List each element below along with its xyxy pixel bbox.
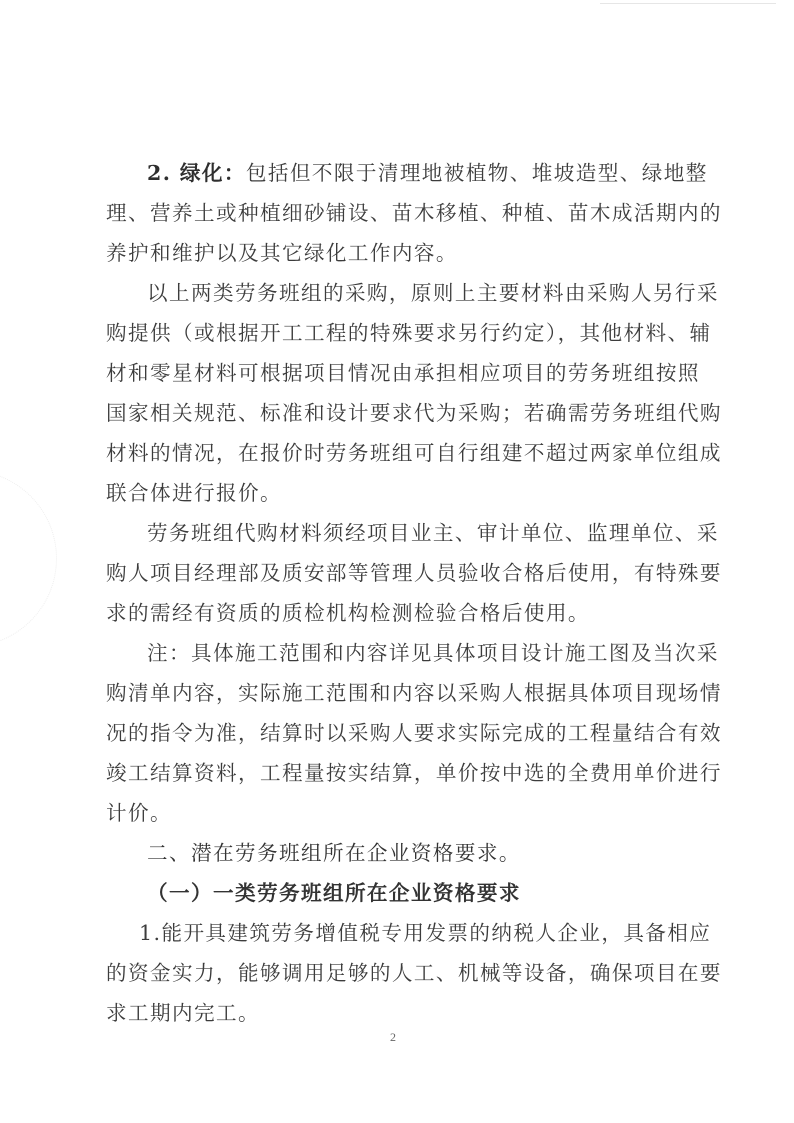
scan-edge-mark [600,3,776,4]
text-line: 购清单内容，实际施工范围和内容以采购人根据具体项目现场情 [106,673,698,713]
paragraph-procurement: 以上两类劳务班组的采购，原则上主要材料由采购人另行采 购提供（或根据开工工程的特… [106,273,698,513]
text-line: 求工期内完工。 [106,993,698,1033]
text-line: 1.能开具建筑劳务增值税专用发票的纳税人企业，具备相应 [106,913,698,953]
text-line: 以上两类劳务班组的采购，原则上主要材料由采购人另行采 [106,273,698,313]
text-line: 注：具体施工范围和内容详见具体项目设计施工图及当次采 [106,633,698,673]
text-line: 计价。 [106,793,698,833]
document-page: 2. 绿化：包括但不限于清理地被植物、堆坡造型、绿地整 理、营养土或种植细砂铺设… [0,0,794,1123]
text-line: 况的指令为准，结算时以采购人要求实际完成的工程量结合有效 [106,713,698,753]
section-heading: 二、潜在劳务班组所在企业资格要求。 [106,833,698,873]
text-line: 材料的情况，在报价时劳务班组可自行组建不超过两家单位组成 [106,433,698,473]
text-line: 的资金实力，能够调用足够的人工、机械等设备，确保项目在要 [106,953,698,993]
paragraph-note: 注：具体施工范围和内容详见具体项目设计施工图及当次采 购清单内容，实际施工范围和… [106,633,698,833]
text-line: 竣工结算资料，工程量按实结算，单价按中选的全费用单价进行 [106,753,698,793]
text-line: 养护和维护以及其它绿化工作内容。 [106,233,698,273]
section-greening: 2. 绿化：包括但不限于清理地被植物、堆坡造型、绿地整 理、营养土或种植细砂铺设… [106,153,698,273]
text-line: 购人项目经理部及质安部等管理人员验收合格后使用，有特殊要 [106,553,698,593]
paragraph-acceptance: 劳务班组代购材料须经项目业主、审计单位、监理单位、采 购人项目经理部及质安部等管… [106,513,698,633]
requirement-item-1: 1.能开具建筑劳务增值税专用发票的纳税人企业，具备相应 的资金实力，能够调用足够… [106,913,698,1033]
text-line: 劳务班组代购材料须经项目业主、审计单位、监理单位、采 [106,513,698,553]
text-line: 国家相关规范、标准和设计要求代为采购；若确需劳务班组代购 [106,393,698,433]
text-line: 2. 绿化：包括但不限于清理地被植物、堆坡造型、绿地整 [106,153,698,193]
page-body: 2. 绿化：包括但不限于清理地被植物、堆坡造型、绿地整 理、营养土或种植细砂铺设… [106,153,698,1033]
section-text: 包括但不限于清理地被植物、堆坡造型、绿地整 [246,161,708,185]
text-line: 理、营养土或种植细砂铺设、苗木移植、种植、苗木成活期内的 [106,193,698,233]
text-line: 材和零星材料可根据项目情况由承担相应项目的劳务班组按照 [106,353,698,393]
text-line: 联合体进行报价。 [106,473,698,513]
text-line: 求的需经有资质的质检机构检测检验合格后使用。 [106,593,698,633]
subsection-heading: （一）一类劳务班组所在企业资格要求 [106,873,698,913]
text-line: 购提供（或根据开工工程的特殊要求另行约定），其他材料、辅 [106,313,698,353]
page-number: 2 [390,1030,396,1045]
faint-seal-mark [0,470,57,647]
section-label: 2. 绿化： [147,161,246,185]
